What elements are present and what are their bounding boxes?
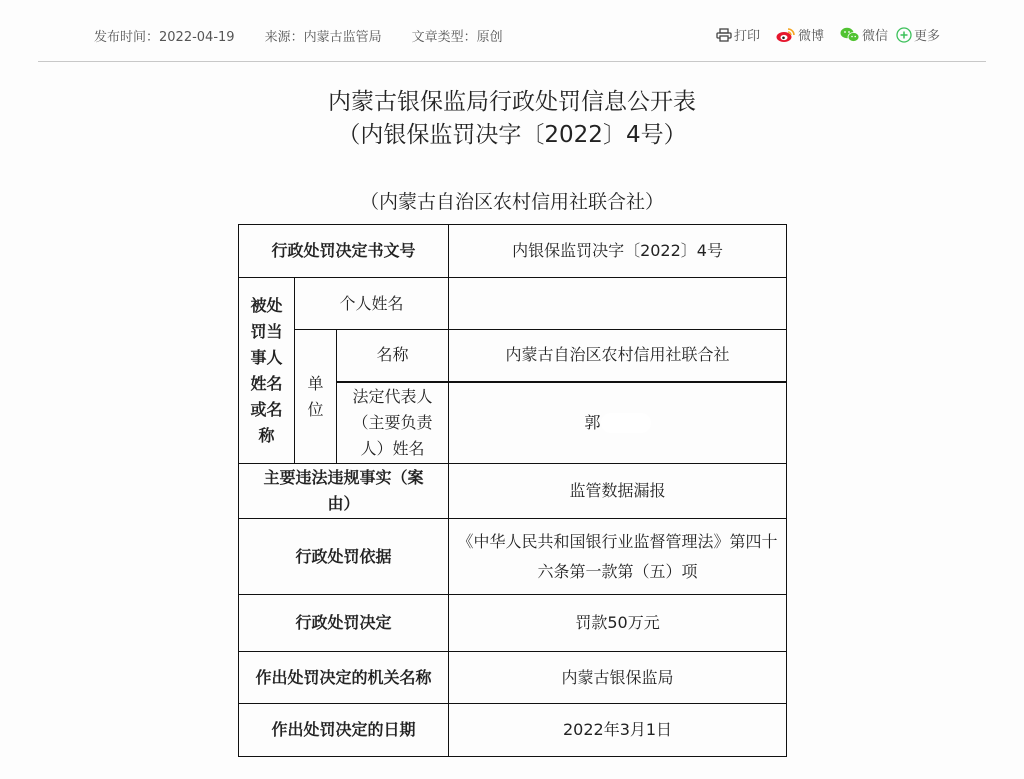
table-row: 行政处罚决定 罚款50万元 (239, 595, 787, 652)
table-row: 行政处罚决定书文号 内银保监罚决字〔2022〕4号 (239, 225, 787, 278)
basis-value: 《中华人民共和国银行业监督管理法》第四十六条第一款第（五）项 (449, 519, 787, 595)
redacted-name (601, 413, 651, 433)
source: 来源：内蒙古监管局 (265, 26, 382, 45)
authority-label: 作出处罚决定的机关名称 (239, 652, 449, 704)
weibo-icon (776, 27, 796, 43)
share-bar: 打印 微博 微信 更多 (716, 25, 940, 44)
more-share-button[interactable]: 更多 (896, 25, 940, 44)
authority-value: 内蒙古银保监局 (449, 652, 787, 704)
plus-circle-icon (896, 27, 912, 43)
date-value: 2022年3月1日 (449, 704, 787, 757)
decision-label: 行政处罚决定 (239, 595, 449, 652)
publish-date: 发布时间：2022-04-19 (94, 26, 235, 45)
unit-label: 单位 (295, 330, 337, 464)
document-title: 内蒙古银保监局行政处罚信息公开表 (0, 86, 1024, 118)
unit-name-value: 内蒙古自治区农村信用社联合社 (449, 330, 787, 382)
legal-rep-label: 法定代表人（主要负责人）姓名 (337, 382, 449, 464)
decision-value: 罚款50万元 (449, 595, 787, 652)
table-row: 单位 名称 内蒙古自治区农村信用社联合社 (239, 330, 787, 382)
penalty-info-table: 行政处罚决定书文号 内银保监罚决字〔2022〕4号 被处罚当事人姓名或名称 个人… (238, 224, 787, 757)
unit-name-label: 名称 (337, 330, 449, 382)
article-meta: 发布时间：2022-04-19 来源：内蒙古监管局 文章类型：原创 (94, 26, 533, 45)
facts-value: 监管数据漏报 (449, 464, 787, 519)
facts-label: 主要违法违规事实（案由） (239, 464, 449, 519)
decision-no-label: 行政处罚决定书文号 (239, 225, 449, 278)
wechat-share-button[interactable]: 微信 (840, 25, 888, 44)
individual-name-value (449, 278, 787, 330)
table-row: 主要违法违规事实（案由） 监管数据漏报 (239, 464, 787, 519)
table-row: 作出处罚决定的机关名称 内蒙古银保监局 (239, 652, 787, 704)
legal-rep-value: 郭 (449, 382, 787, 464)
party-group-label: 被处罚当事人姓名或名称 (239, 278, 295, 464)
document-subtitle: （内蒙古自治区农村信用社联合社） (0, 188, 1024, 216)
print-button[interactable]: 打印 (716, 25, 760, 44)
date-label: 作出处罚决定的日期 (239, 704, 449, 757)
table-row: 被处罚当事人姓名或名称 个人姓名 (239, 278, 787, 330)
header-divider (38, 61, 986, 62)
table-row: 行政处罚依据 《中华人民共和国银行业监督管理法》第四十六条第一款第（五）项 (239, 519, 787, 595)
basis-label: 行政处罚依据 (239, 519, 449, 595)
article-type: 文章类型：原创 (412, 26, 503, 45)
printer-icon (716, 28, 732, 42)
decision-no-value: 内银保监罚决字〔2022〕4号 (449, 225, 787, 278)
table-row: 作出处罚决定的日期 2022年3月1日 (239, 704, 787, 757)
wechat-icon (840, 27, 860, 43)
document-number: （内银保监罚决字〔2022〕4号） (0, 119, 1024, 151)
individual-name-label: 个人姓名 (295, 278, 449, 330)
weibo-share-button[interactable]: 微博 (776, 25, 824, 44)
